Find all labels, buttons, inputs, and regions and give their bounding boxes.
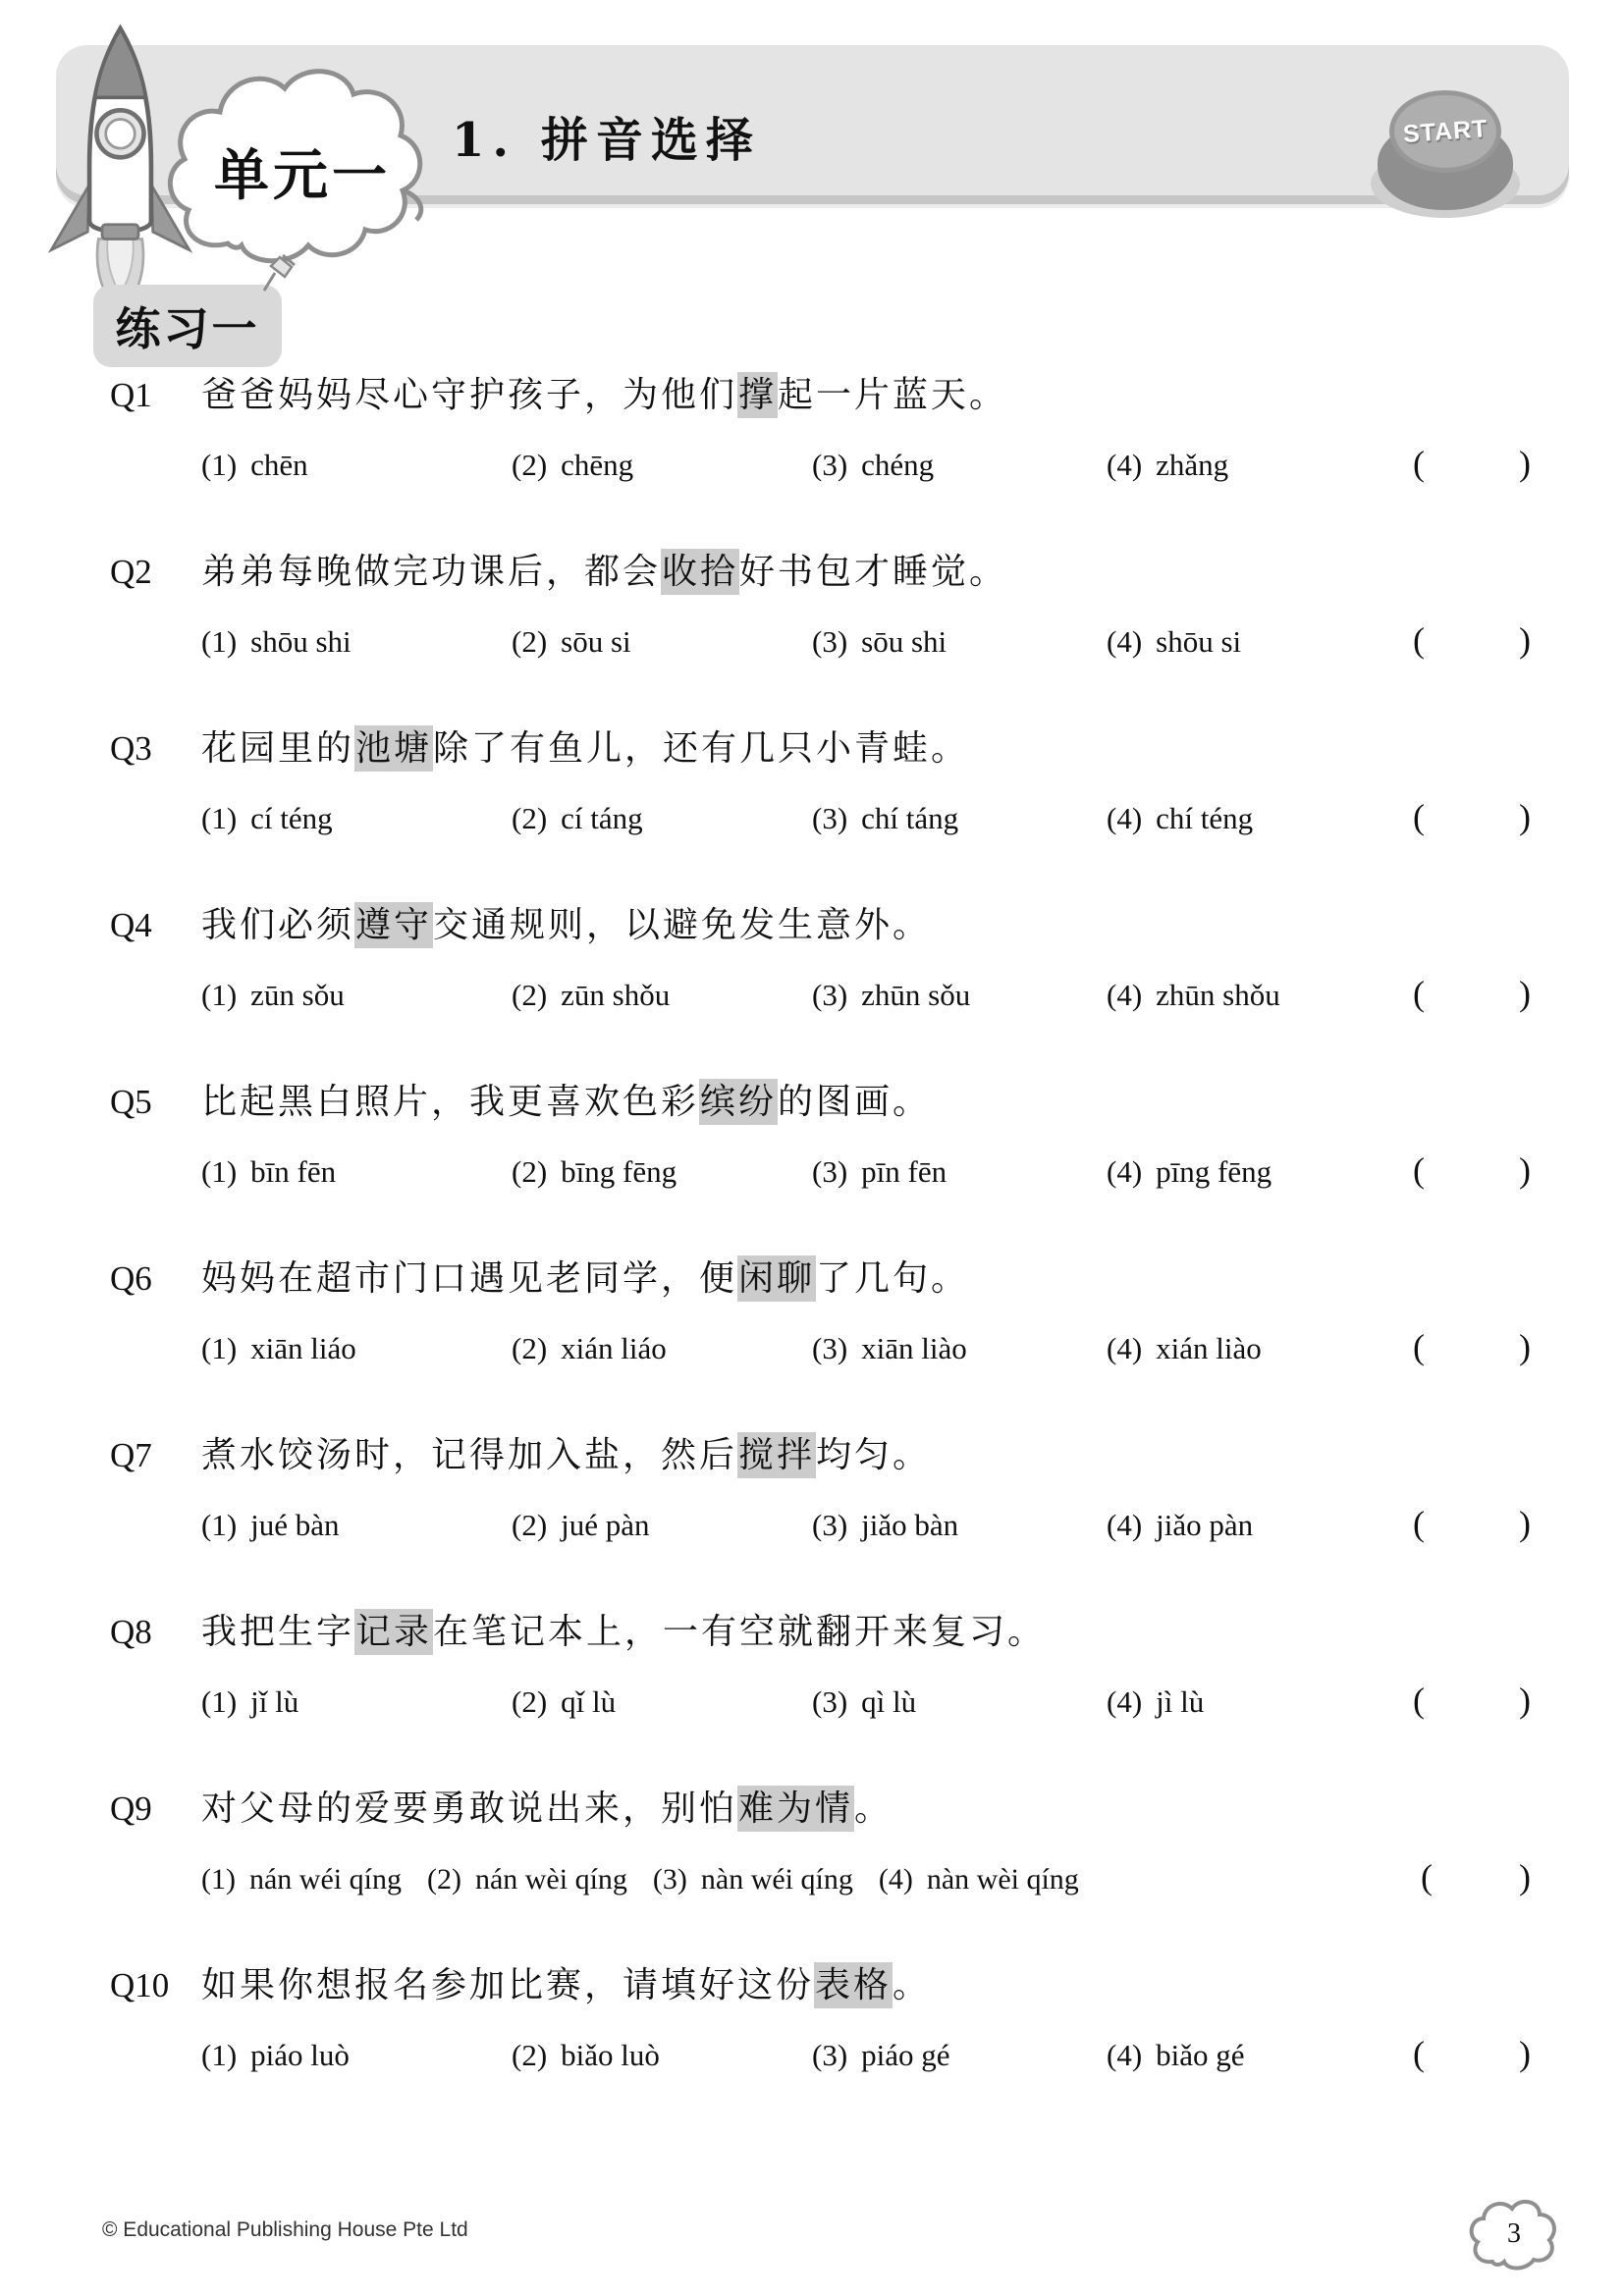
- page-number-cloud: 3: [1465, 2191, 1563, 2273]
- option-marker: (3): [812, 801, 847, 836]
- question-sentence: 我们必须遵守交通规则，以避免发生意外。: [201, 900, 931, 951]
- question-sentence-row: Q1 爸爸妈妈尽心守护孩子，为他们撑起一片蓝天。: [0, 370, 1624, 421]
- option-marker: (2): [512, 1154, 547, 1190]
- option-pinyin: nàn wéi qíng: [701, 1863, 853, 1896]
- option-pinyin: shōu si: [1156, 624, 1241, 660]
- option-marker: (4): [1107, 801, 1142, 836]
- option-marker: (1): [201, 2038, 237, 2073]
- option-1[interactable]: (1)zūn sǒu: [201, 978, 512, 1013]
- question-sentence-row: Q2 弟弟每晚做完功课后，都会收拾好书包才睡觉。: [0, 547, 1624, 598]
- question-1: Q1 爸爸妈妈尽心守护孩子，为他们撑起一片蓝天。 (1)chēn (2)chēn…: [0, 370, 1624, 547]
- option-pinyin: bīng fēng: [561, 1154, 677, 1190]
- option-marker: (3): [812, 978, 847, 1013]
- question-number: Q8: [110, 1607, 201, 1658]
- option-2[interactable]: (2)chēng: [512, 448, 812, 483]
- option-2[interactable]: (2)nán wèi qíng: [427, 1863, 627, 1896]
- question-sentence-row: Q10 如果你想报名参加比赛，请填好这份表格。: [0, 1960, 1624, 2011]
- sentence-after-highlight: 起一片蓝天。: [778, 375, 1007, 415]
- option-3[interactable]: (3)zhūn sǒu: [812, 978, 1107, 1013]
- option-1[interactable]: (1)shōu shi: [201, 624, 512, 660]
- bracket-close: ): [1519, 1680, 1531, 1721]
- unit-bubble: 单元一: [159, 51, 446, 285]
- bracket-open: (: [1413, 1680, 1425, 1721]
- start-button-label: START: [1402, 115, 1489, 149]
- option-4[interactable]: (4)chí téng: [1107, 801, 1253, 836]
- question-number: Q1: [110, 370, 201, 421]
- page-number: 3: [1465, 2191, 1563, 2273]
- sentence-after-highlight: 好书包才睡觉。: [739, 552, 1007, 592]
- option-pinyin: nán wèi qíng: [475, 1863, 627, 1896]
- option-pinyin: qǐ lù: [561, 1684, 616, 1720]
- option-pinyin: bīn fēn: [250, 1154, 336, 1190]
- highlighted-word: 撑: [737, 372, 778, 418]
- option-marker: (4): [1107, 624, 1142, 660]
- option-pinyin: jǐ lù: [250, 1684, 298, 1720]
- answer-bracket[interactable]: ( ): [1413, 973, 1531, 1014]
- option-4[interactable]: (4)biǎo gé: [1107, 2038, 1245, 2073]
- question-4: Q4 我们必须遵守交通规则，以避免发生意外。 (1)zūn sǒu (2)zūn…: [0, 900, 1624, 1077]
- option-pinyin: xián liáo: [561, 1331, 667, 1366]
- question-5: Q5 比起黑白照片，我更喜欢色彩缤纷的图画。 (1)bīn fēn (2)bīn…: [0, 1077, 1624, 1254]
- question-list: Q1 爸爸妈妈尽心守护孩子，为他们撑起一片蓝天。 (1)chēn (2)chēn…: [0, 370, 1624, 2137]
- bracket-open: (: [1413, 619, 1425, 661]
- option-pinyin: cí táng: [561, 801, 643, 836]
- option-pinyin: zhūn sǒu: [861, 978, 970, 1013]
- options-row: (1)piáo luò (2)biǎo luò (3)piáo gé (4)bi…: [0, 2033, 1624, 2074]
- sentence-before-highlight: 如果你想报名参加比赛，请填好这份: [201, 1965, 814, 2005]
- option-pinyin: chí téng: [1156, 801, 1253, 836]
- options-row: (1)zūn sǒu (2)zūn shǒu (3)zhūn sǒu (4)zh…: [0, 973, 1624, 1014]
- option-marker: (1): [201, 801, 237, 836]
- question-6: Q6 妈妈在超市门口遇见老同学，便闲聊了几句。 (1)xiān liáo (2)…: [0, 1254, 1624, 1430]
- option-marker: (1): [201, 1154, 237, 1190]
- bracket-open: (: [1413, 1503, 1425, 1544]
- option-pinyin: pīng fēng: [1156, 1154, 1272, 1190]
- options-row: (1)cí téng (2)cí táng (3)chí táng (4)chí…: [0, 796, 1624, 837]
- highlighted-word: 搅拌: [737, 1432, 816, 1478]
- answer-bracket[interactable]: ( ): [1413, 1503, 1531, 1544]
- bracket-close: ): [1519, 1856, 1531, 1897]
- option-3[interactable]: (3)nàn wéi qíng: [653, 1863, 853, 1896]
- highlighted-word: 遵守: [354, 902, 433, 948]
- option-2[interactable]: (2)jué pàn: [512, 1508, 812, 1543]
- question-sentence-row: Q7 煮水饺汤时，记得加入盐，然后搅拌均匀。: [0, 1430, 1624, 1481]
- option-1[interactable]: (1)piáo luò: [201, 2038, 512, 2073]
- question-sentence: 弟弟每晚做完功课后，都会收拾好书包才睡觉。: [201, 547, 1007, 598]
- option-marker: (3): [812, 1154, 847, 1190]
- option-pinyin: biǎo gé: [1156, 2038, 1244, 2073]
- highlighted-word: 记录: [354, 1609, 433, 1655]
- sentence-after-highlight: 了几句。: [816, 1258, 969, 1299]
- options-row: (1)jué bàn (2)jué pàn (3)jiǎo bàn (4)jiǎ…: [0, 1503, 1624, 1544]
- option-marker: (2): [512, 2038, 547, 2073]
- option-pinyin: cí téng: [250, 801, 333, 836]
- unit-label: 单元一: [159, 51, 446, 285]
- option-pinyin: shōu shi: [250, 624, 352, 660]
- option-pinyin: nán wéi qíng: [249, 1863, 402, 1896]
- option-pinyin: biǎo luò: [561, 2038, 660, 2073]
- option-3[interactable]: (3)xiān liào: [812, 1331, 1107, 1366]
- sentence-before-highlight: 爸爸妈妈尽心守护孩子，为他们: [201, 375, 737, 415]
- sentence-after-highlight: 。: [893, 1965, 931, 2005]
- question-sentence-row: Q3 花园里的池塘除了有鱼儿，还有几只小青蛙。: [0, 723, 1624, 774]
- option-2[interactable]: (2)zūn shǒu: [512, 978, 812, 1013]
- sentence-before-highlight: 花园里的: [201, 728, 354, 769]
- option-marker: (3): [812, 624, 847, 660]
- option-2[interactable]: (2)bīng fēng: [512, 1154, 812, 1190]
- exercise-label-box: 练习一: [93, 285, 282, 367]
- option-marker: (2): [512, 448, 547, 483]
- question-number: Q4: [110, 900, 201, 951]
- bracket-close: ): [1519, 796, 1531, 837]
- option-marker: (2): [512, 1684, 547, 1720]
- sentence-before-highlight: 比起黑白照片，我更喜欢色彩: [201, 1082, 699, 1122]
- sentence-after-highlight: 交通规则，以避免发生意外。: [433, 905, 931, 945]
- bracket-close: ): [1519, 443, 1531, 484]
- option-marker: (4): [1107, 978, 1142, 1013]
- option-pinyin: sōu si: [561, 624, 631, 660]
- option-pinyin: sōu shi: [861, 624, 947, 660]
- option-pinyin: jiǎo bàn: [861, 1508, 958, 1543]
- options-row: (1)nán wéi qíng (2)nán wèi qíng (3)nàn w…: [0, 1856, 1624, 1897]
- bracket-open: (: [1421, 1856, 1433, 1897]
- bracket-close: ): [1519, 1503, 1531, 1544]
- question-sentence-row: Q6 妈妈在超市门口遇见老同学，便闲聊了几句。: [0, 1254, 1624, 1305]
- question-sentence: 如果你想报名参加比赛，请填好这份表格。: [201, 1960, 931, 2011]
- bracket-close: ): [1519, 1149, 1531, 1191]
- question-2: Q2 弟弟每晚做完功课后，都会收拾好书包才睡觉。 (1)shōu shi (2)…: [0, 547, 1624, 723]
- option-pinyin: qì lù: [861, 1684, 916, 1720]
- option-marker: (4): [1107, 1508, 1142, 1543]
- answer-bracket[interactable]: ( ): [1413, 796, 1531, 837]
- sentence-after-highlight: 的图画。: [778, 1082, 931, 1122]
- sentence-before-highlight: 煮水饺汤时，记得加入盐，然后: [201, 1435, 737, 1475]
- option-marker: (4): [1107, 2038, 1142, 2073]
- pushpin-icon: [258, 253, 298, 307]
- answer-bracket[interactable]: ( ): [1413, 1680, 1531, 1721]
- question-number: Q9: [110, 1784, 201, 1835]
- option-marker: (4): [1107, 1684, 1142, 1720]
- start-button[interactable]: START: [1371, 86, 1520, 218]
- option-marker: (1): [201, 1863, 236, 1896]
- option-4[interactable]: (4)pīng fēng: [1107, 1154, 1272, 1190]
- options-row: (1)shōu shi (2)sōu si (3)sōu shi (4)shōu…: [0, 619, 1624, 661]
- question-sentence: 爸爸妈妈尽心守护孩子，为他们撑起一片蓝天。: [201, 370, 1007, 421]
- option-pinyin: xiān liáo: [250, 1331, 356, 1366]
- question-number: Q2: [110, 547, 201, 598]
- option-pinyin: chí táng: [861, 801, 958, 836]
- exercise-label: 练习一: [116, 294, 260, 358]
- option-4[interactable]: (4)jì lù: [1107, 1684, 1204, 1720]
- option-marker: (4): [1107, 1154, 1142, 1190]
- question-sentence: 花园里的池塘除了有鱼儿，还有几只小青蛙。: [201, 723, 969, 774]
- option-3[interactable]: (3)chí táng: [812, 801, 1107, 836]
- option-marker: (4): [879, 1863, 913, 1896]
- answer-bracket[interactable]: ( ): [1413, 2033, 1531, 2074]
- option-marker: (1): [201, 1331, 237, 1366]
- option-marker: (4): [1107, 1331, 1142, 1366]
- question-8: Q8 我把生字记录在笔记本上，一有空就翻开来复习。 (1)jǐ lù (2)qǐ…: [0, 1607, 1624, 1784]
- option-2[interactable]: (2)sōu si: [512, 624, 812, 660]
- sentence-before-highlight: 妈妈在超市门口遇见老同学，便: [201, 1258, 737, 1299]
- question-number: Q3: [110, 723, 201, 774]
- option-marker: (1): [201, 448, 237, 483]
- sentence-before-highlight: 我把生字: [201, 1612, 354, 1652]
- sentence-before-highlight: 我们必须: [201, 905, 354, 945]
- option-4[interactable]: (4)zhǎng: [1107, 448, 1228, 483]
- bracket-open: (: [1413, 1149, 1425, 1191]
- option-1[interactable]: (1)cí téng: [201, 801, 512, 836]
- answer-bracket[interactable]: ( ): [1413, 443, 1531, 484]
- option-marker: (3): [812, 1508, 847, 1543]
- option-pinyin: jué pàn: [561, 1508, 649, 1543]
- option-1[interactable]: (1)chēn: [201, 448, 512, 483]
- option-marker: (3): [812, 2038, 847, 2073]
- option-3[interactable]: (3)pīn fēn: [812, 1154, 1107, 1190]
- question-3: Q3 花园里的池塘除了有鱼儿，还有几只小青蛙。 (1)cí téng (2)cí…: [0, 723, 1624, 900]
- highlighted-word: 缤纷: [699, 1079, 778, 1125]
- option-pinyin: chēn: [250, 448, 308, 483]
- option-4[interactable]: (4)jiǎo pàn: [1107, 1508, 1253, 1543]
- option-marker: (2): [512, 624, 547, 660]
- option-pinyin: xiān liào: [861, 1331, 967, 1366]
- bracket-open: (: [1413, 973, 1425, 1014]
- question-number: Q6: [110, 1254, 201, 1305]
- question-sentence: 煮水饺汤时，记得加入盐，然后搅拌均匀。: [201, 1430, 931, 1481]
- sentence-after-highlight: 在笔记本上，一有空就翻开来复习。: [433, 1612, 1046, 1652]
- answer-bracket[interactable]: ( ): [1421, 1856, 1531, 1897]
- option-pinyin: zhūn shǒu: [1156, 978, 1280, 1013]
- option-marker: (2): [512, 1508, 547, 1543]
- option-3[interactable]: (3)chéng: [812, 448, 1107, 483]
- option-4[interactable]: (4)shōu si: [1107, 624, 1241, 660]
- question-sentence-row: Q4 我们必须遵守交通规则，以避免发生意外。: [0, 900, 1624, 951]
- question-10: Q10 如果你想报名参加比赛，请填好这份表格。 (1)piáo luò (2)b…: [0, 1960, 1624, 2137]
- option-marker: (2): [512, 978, 547, 1013]
- bracket-close: ): [1519, 619, 1531, 661]
- sentence-after-highlight: 均匀。: [816, 1435, 931, 1475]
- sentence-before-highlight: 对父母的爱要勇敢说出来，别怕: [201, 1789, 737, 1829]
- option-2[interactable]: (2)biǎo luò: [512, 2038, 812, 2073]
- page-title: 1. 拼音选择: [452, 102, 761, 170]
- option-pinyin: zhǎng: [1156, 448, 1228, 483]
- highlighted-word: 难为情: [737, 1786, 854, 1832]
- option-1[interactable]: (1)nán wéi qíng: [201, 1863, 402, 1896]
- option-1[interactable]: (1)jǐ lù: [201, 1684, 512, 1720]
- sentence-after-highlight: 除了有鱼儿，还有几只小青蛙。: [433, 728, 969, 769]
- question-sentence: 妈妈在超市门口遇见老同学，便闲聊了几句。: [201, 1254, 969, 1305]
- bracket-open: (: [1413, 443, 1425, 484]
- option-4[interactable]: (4)nàn wèi qíng: [879, 1863, 1079, 1896]
- option-marker: (3): [812, 448, 847, 483]
- option-pinyin: zūn shǒu: [561, 978, 670, 1013]
- option-pinyin: xián liào: [1156, 1331, 1262, 1366]
- option-pinyin: chéng: [861, 448, 934, 483]
- question-sentence: 比起黑白照片，我更喜欢色彩缤纷的图画。: [201, 1077, 931, 1128]
- options-row: (1)chēn (2)chēng (3)chéng (4)zhǎng ( ): [0, 443, 1624, 484]
- sentence-before-highlight: 弟弟每晚做完功课后，都会: [201, 552, 661, 592]
- option-marker: (1): [201, 624, 237, 660]
- question-sentence: 对父母的爱要勇敢说出来，别怕难为情。: [201, 1784, 893, 1835]
- options-row: (1)jǐ lù (2)qǐ lù (3)qì lù (4)jì lù ( ): [0, 1680, 1624, 1721]
- question-number: Q10: [110, 1960, 201, 2011]
- option-1[interactable]: (1)bīn fēn: [201, 1154, 512, 1190]
- option-marker: (2): [427, 1863, 461, 1896]
- option-pinyin: pīn fēn: [861, 1154, 947, 1190]
- options-row: (1)bīn fēn (2)bīng fēng (3)pīn fēn (4)pī…: [0, 1149, 1624, 1191]
- option-pinyin: zūn sǒu: [250, 978, 345, 1013]
- option-marker: (3): [653, 1863, 687, 1896]
- highlighted-word: 表格: [814, 1962, 893, 2008]
- option-marker: (3): [812, 1331, 847, 1366]
- highlighted-word: 闲聊: [737, 1255, 816, 1302]
- option-pinyin: jì lù: [1156, 1684, 1204, 1720]
- option-marker: (1): [201, 1684, 237, 1720]
- option-pinyin: jiǎo pàn: [1156, 1508, 1253, 1543]
- option-marker: (1): [201, 978, 237, 1013]
- option-2[interactable]: (2)xián liáo: [512, 1331, 812, 1366]
- question-sentence-row: Q9 对父母的爱要勇敢说出来，别怕难为情。: [0, 1784, 1624, 1835]
- question-9: Q9 对父母的爱要勇敢说出来，别怕难为情。 (1)nán wéi qíng (2…: [0, 1784, 1624, 1960]
- option-pinyin: piáo luò: [250, 2038, 350, 2073]
- bracket-open: (: [1413, 1326, 1425, 1367]
- bracket-close: ): [1519, 1326, 1531, 1367]
- question-7: Q7 煮水饺汤时，记得加入盐，然后搅拌均匀。 (1)jué bàn (2)jué…: [0, 1430, 1624, 1607]
- bracket-open: (: [1413, 2033, 1425, 2074]
- bracket-open: (: [1413, 796, 1425, 837]
- option-marker: (3): [812, 1684, 847, 1720]
- option-3[interactable]: (3)jiǎo bàn: [812, 1508, 1107, 1543]
- highlighted-word: 收拾: [661, 549, 739, 595]
- option-pinyin: chēng: [561, 448, 633, 483]
- answer-bracket[interactable]: ( ): [1413, 619, 1531, 661]
- answer-bracket[interactable]: ( ): [1413, 1149, 1531, 1191]
- question-sentence-row: Q8 我把生字记录在笔记本上，一有空就翻开来复习。: [0, 1607, 1624, 1658]
- question-sentence-row: Q5 比起黑白照片，我更喜欢色彩缤纷的图画。: [0, 1077, 1624, 1128]
- option-marker: (2): [512, 1331, 547, 1366]
- highlighted-word: 池塘: [354, 725, 433, 772]
- option-marker: (2): [512, 801, 547, 836]
- option-marker: (4): [1107, 448, 1142, 483]
- bracket-close: ): [1519, 973, 1531, 1014]
- option-2[interactable]: (2)cí táng: [512, 801, 812, 836]
- question-sentence: 我把生字记录在笔记本上，一有空就翻开来复习。: [201, 1607, 1046, 1658]
- option-4[interactable]: (4)xián liào: [1107, 1331, 1262, 1366]
- start-button-cap: START: [1389, 90, 1501, 173]
- copyright: © Educational Publishing House Pte Ltd: [102, 2218, 468, 2242]
- option-2[interactable]: (2)qǐ lù: [512, 1684, 812, 1720]
- option-pinyin: jué bàn: [250, 1508, 339, 1543]
- option-3[interactable]: (3)sōu shi: [812, 624, 1107, 660]
- option-1[interactable]: (1)xiān liáo: [201, 1331, 512, 1366]
- option-marker: (1): [201, 1508, 237, 1543]
- question-number: Q5: [110, 1077, 201, 1128]
- question-number: Q7: [110, 1430, 201, 1481]
- option-3[interactable]: (3)qì lù: [812, 1684, 1107, 1720]
- option-pinyin: piáo gé: [861, 2038, 949, 2073]
- option-4[interactable]: (4)zhūn shǒu: [1107, 978, 1280, 1013]
- options-row: (1)xiān liáo (2)xián liáo (3)xiān liào (…: [0, 1326, 1624, 1367]
- option-1[interactable]: (1)jué bàn: [201, 1508, 512, 1543]
- sentence-after-highlight: 。: [854, 1789, 893, 1829]
- option-pinyin: nàn wèi qíng: [927, 1863, 1079, 1896]
- option-3[interactable]: (3)piáo gé: [812, 2038, 1107, 2073]
- bracket-close: ): [1519, 2033, 1531, 2074]
- answer-bracket[interactable]: ( ): [1413, 1326, 1531, 1367]
